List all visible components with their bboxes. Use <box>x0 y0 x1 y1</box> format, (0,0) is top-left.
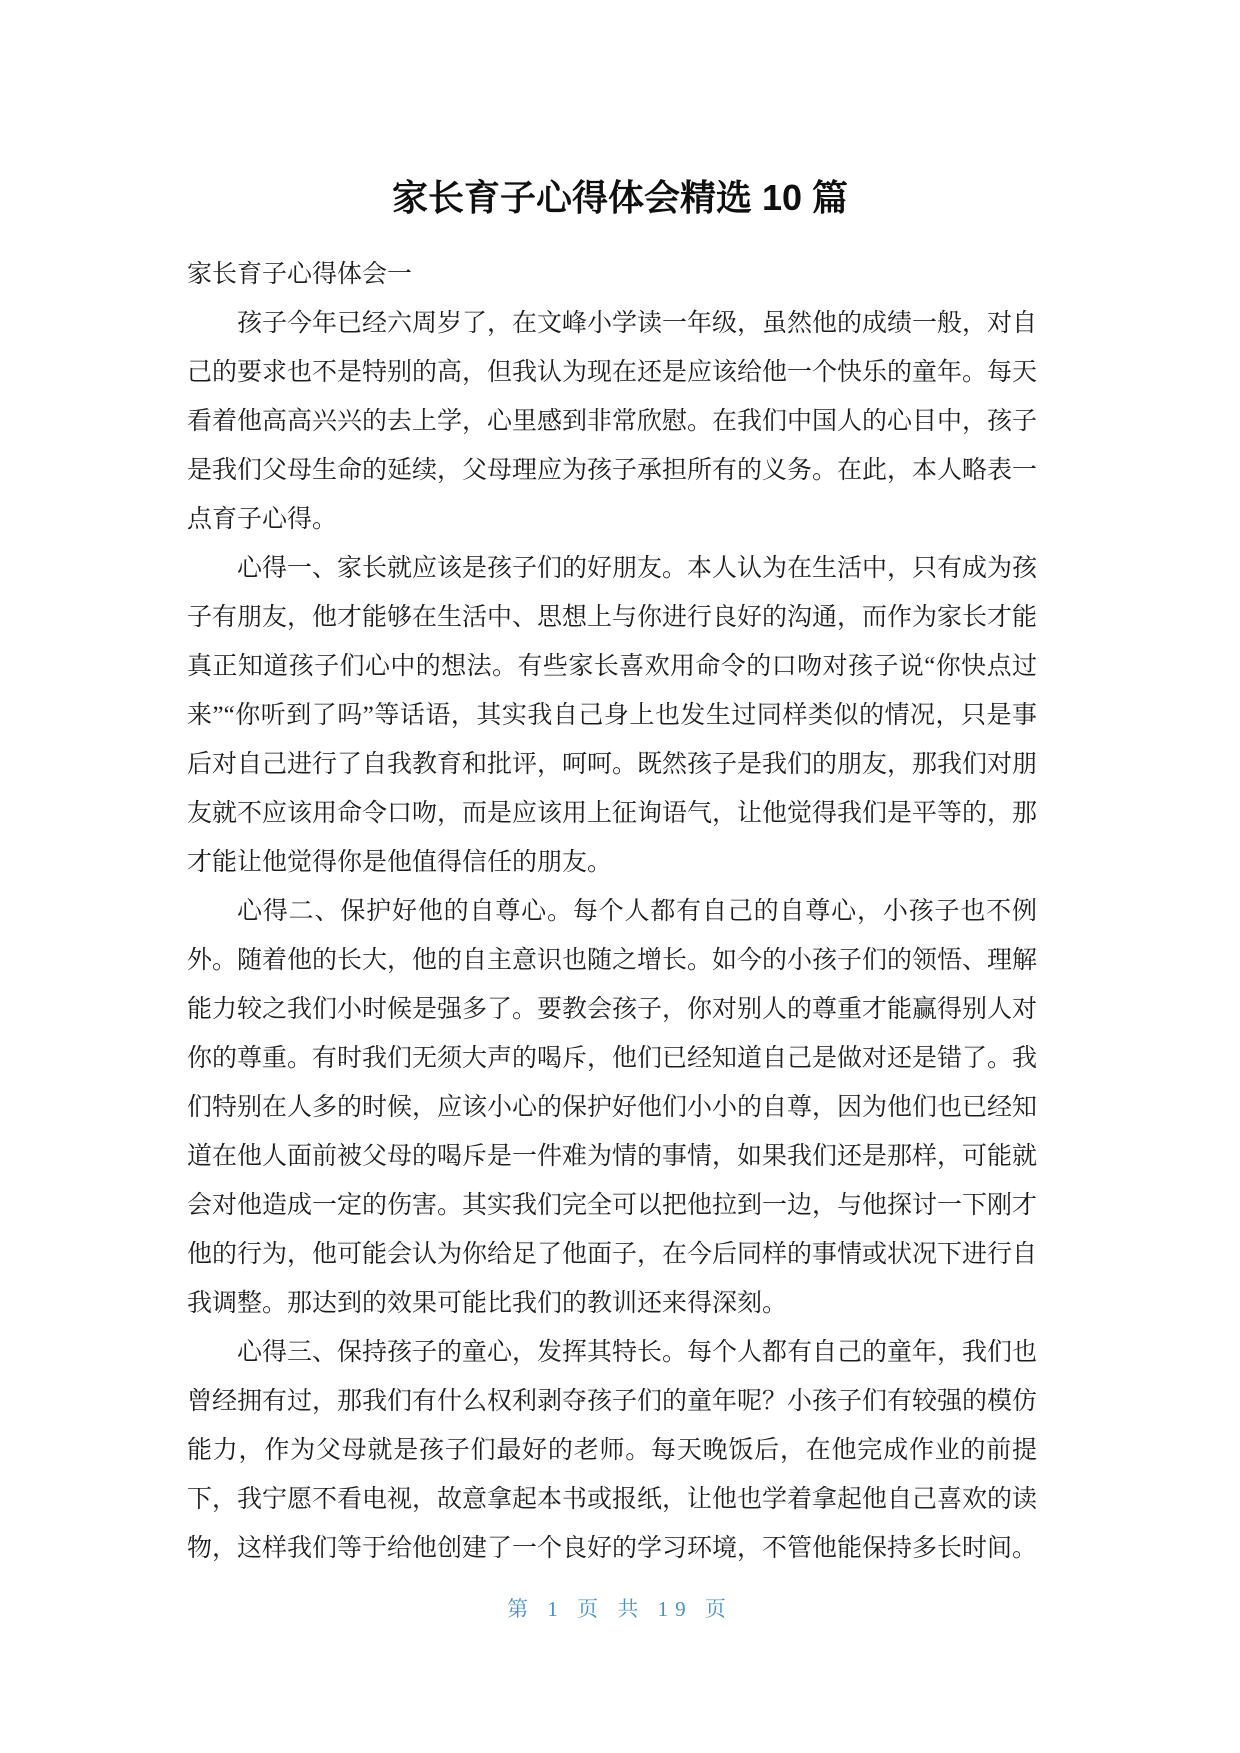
document-body: 家长育子心得体会一 孩子今年已经六周岁了，在文峰小学读一年级，虽然他的成绩一般，… <box>187 250 1037 1573</box>
page-footer: 第 1 页 共 19 页 <box>0 1596 1240 1622</box>
paragraph: 孩子今年已经六周岁了，在文峰小学读一年级，虽然他的成绩一般，对自己的要求也不是特… <box>187 299 1037 544</box>
page-title: 家长育子心得体会精选 10 篇 <box>0 0 1240 224</box>
section-heading: 家长育子心得体会一 <box>187 250 1037 299</box>
paragraph: 心得一、家长就应该是孩子们的好朋友。本人认为在生活中，只有成为孩子有朋友，他才能… <box>187 544 1037 887</box>
page-number-text: 第 1 页 共 19 页 <box>507 1597 733 1621</box>
paragraph: 心得三、保持孩子的童心，发挥其特长。每个人都有自己的童年，我们也曾经拥有过，那我… <box>187 1328 1037 1573</box>
paragraph: 心得二、保护好他的自尊心。每个人都有自己的自尊心，小孩子也不例外。随着他的长大，… <box>187 887 1037 1328</box>
paragraphs-container: 孩子今年已经六周岁了，在文峰小学读一年级，虽然他的成绩一般，对自己的要求也不是特… <box>187 299 1037 1573</box>
document-page: 家长育子心得体会精选 10 篇 家长育子心得体会一 孩子今年已经六周岁了，在文峰… <box>0 0 1240 1753</box>
